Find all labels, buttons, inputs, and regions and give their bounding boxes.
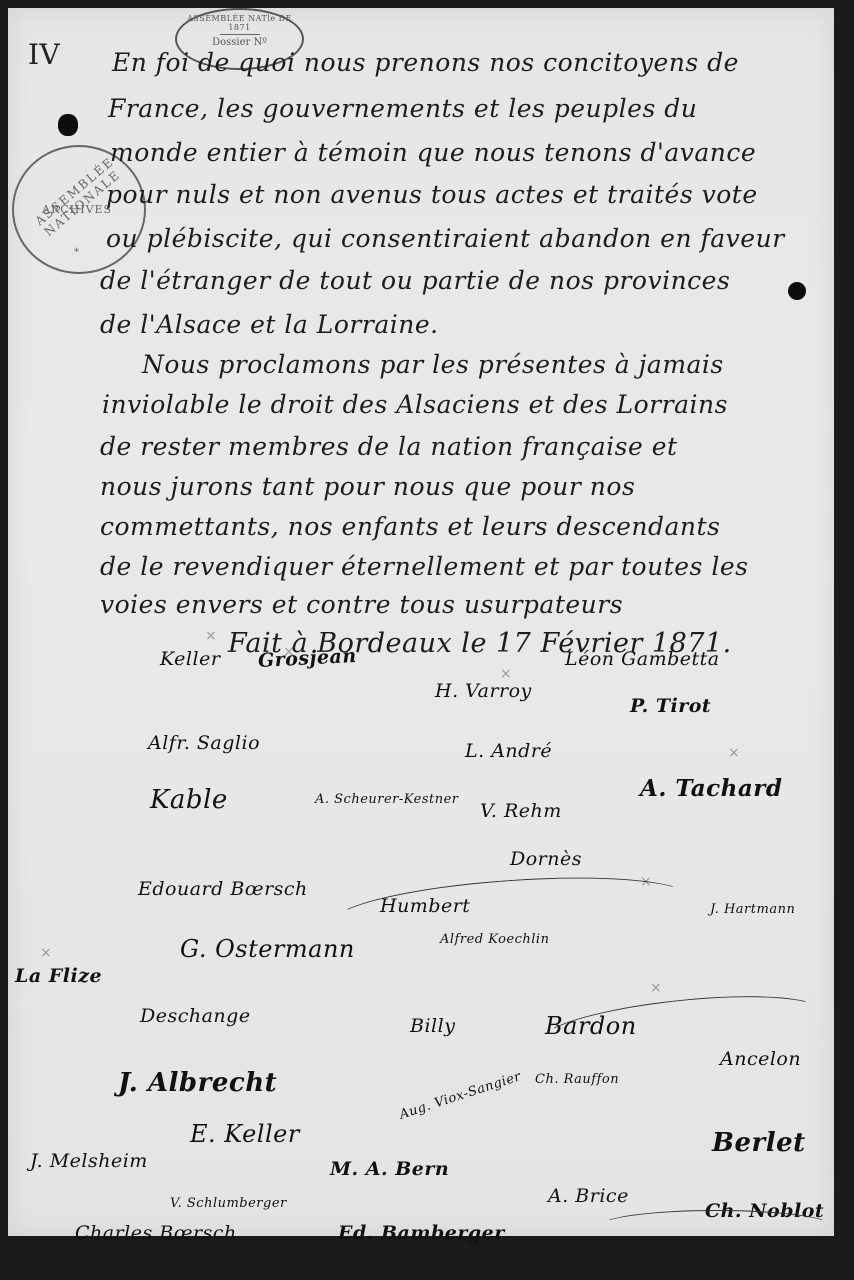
body-line: nous jurons tant pour nous que pour nos bbox=[100, 472, 635, 501]
signature: H. Varroy bbox=[435, 680, 532, 702]
signature: Deschange bbox=[140, 1005, 251, 1027]
signature: Ancelon bbox=[720, 1048, 801, 1070]
signature: J. Albrecht bbox=[118, 1068, 277, 1098]
body-line: de le revendiquer éternellement et par t… bbox=[100, 552, 748, 581]
stamp-dossier-label: Dossier Nº bbox=[177, 37, 302, 48]
signature: J. Hartmann bbox=[710, 902, 795, 917]
stamp-star: * bbox=[74, 247, 79, 258]
body-line: France, les gouvernements et les peuples… bbox=[108, 94, 697, 123]
pencil-mark: × bbox=[205, 628, 217, 644]
signature: Kable bbox=[150, 785, 228, 815]
signature: P. Tirot bbox=[630, 695, 711, 717]
signature: Ed. Bamberger bbox=[338, 1222, 505, 1244]
signature: Alfr. Saglio bbox=[148, 732, 260, 754]
signature: La Flize bbox=[15, 965, 102, 987]
signature: A. Tachard bbox=[640, 775, 783, 802]
stamp-top-text: ASSEMBLÉE NATle DE 1871 bbox=[177, 14, 302, 32]
signature: Charles Bœrsch bbox=[75, 1222, 237, 1244]
signature: Léon Gambetta bbox=[565, 648, 720, 670]
signature: L. André bbox=[465, 740, 552, 762]
signature: Keller bbox=[160, 648, 220, 670]
body-line: pour nuls et non avenus tous actes et tr… bbox=[106, 180, 758, 209]
stamp-center-text: ARCHIVES bbox=[42, 203, 112, 216]
ink-blot bbox=[58, 114, 78, 136]
signature: V. Schlumberger bbox=[170, 1196, 287, 1211]
signature: A. Brice bbox=[548, 1185, 629, 1207]
body-line: de rester membres de la nation française… bbox=[100, 432, 678, 461]
pencil-mark: × bbox=[728, 745, 740, 761]
pencil-mark: × bbox=[283, 644, 295, 660]
body-line: voies envers et contre tous usurpateurs bbox=[100, 590, 623, 619]
signature: Billy bbox=[410, 1015, 455, 1037]
signature: J. Melsheim bbox=[30, 1150, 148, 1172]
signature: Ch. Rauffon bbox=[535, 1072, 619, 1087]
body-line: commettants, nos enfants et leurs descen… bbox=[100, 512, 720, 541]
ink-blot bbox=[788, 282, 806, 300]
signature: M. A. Bern bbox=[330, 1158, 449, 1180]
body-line: monde entier à témoin que nous tenons d'… bbox=[110, 138, 756, 167]
page-number: IV bbox=[28, 38, 60, 71]
signature: E. Keller bbox=[190, 1120, 300, 1148]
body-line: inviolable le droit des Alsaciens et des… bbox=[102, 390, 728, 419]
body-line: de l'Alsace et la Lorraine. bbox=[100, 310, 439, 339]
body-line: de l'étranger de tout ou partie de nos p… bbox=[100, 266, 730, 295]
signature: Berlet bbox=[712, 1128, 806, 1158]
pencil-mark: × bbox=[40, 945, 52, 961]
signature: A. Scheurer-Kestner bbox=[315, 792, 459, 807]
signature: V. Rehm bbox=[480, 800, 562, 822]
pencil-mark: × bbox=[650, 980, 662, 996]
signature: Dornès bbox=[510, 848, 582, 870]
signature: G. Ostermann bbox=[180, 935, 355, 963]
body-line: En foi de quoi nous prenons nos concitoy… bbox=[112, 48, 739, 77]
signature: Edouard Bœrsch bbox=[138, 878, 308, 900]
pencil-mark: × bbox=[500, 666, 512, 682]
signature-flourish bbox=[600, 1210, 832, 1242]
stamp-rule bbox=[220, 34, 260, 35]
body-line: ou plébiscite, qui consentiraient abando… bbox=[106, 224, 785, 253]
body-line: Nous proclamons par les présentes à jama… bbox=[142, 350, 724, 379]
